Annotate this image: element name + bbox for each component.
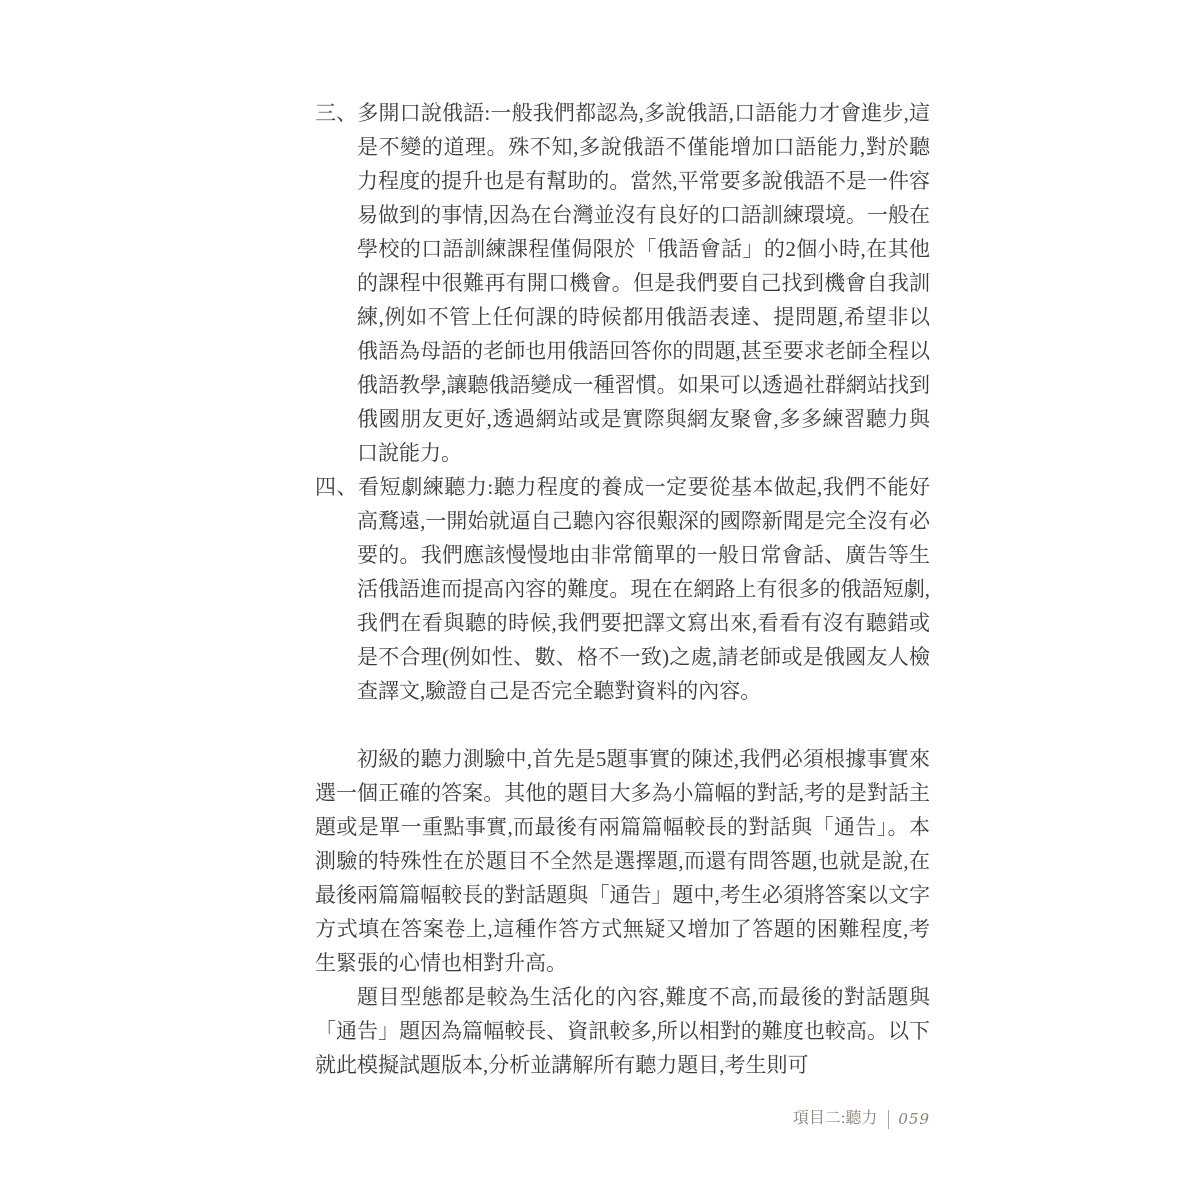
list-item-4-marker: 四、 <box>315 475 358 499</box>
footer-section-title: 項目二:聽力 <box>793 1106 877 1132</box>
list-item-4-text: 看短劇練聽力:聽力程度的養成一定要從基本做起,我們不能好高鶩遠,一開始就逼自己聽… <box>357 475 930 703</box>
footer-divider <box>888 1110 889 1129</box>
page-footer: 項目二:聽力 059 <box>793 1106 930 1132</box>
page-content: 三、多開口說俄語:一般我們都認為,多說俄語,口語能力才會進步,這是不變的道理。殊… <box>315 96 930 1082</box>
list-item-4: 四、看短劇練聽力:聽力程度的養成一定要從基本做起,我們不能好高鶩遠,一開始就逼自… <box>315 470 930 708</box>
list-item-3: 三、多開口說俄語:一般我們都認為,多說俄語,口語能力才會進步,這是不變的道理。殊… <box>315 96 930 470</box>
paragraph-exam-description: 初級的聽力測驗中,首先是5題事實的陳述,我們必須根據事實來選一個正確的答案。其他… <box>315 742 930 980</box>
numbered-tip-list: 三、多開口說俄語:一般我們都認為,多說俄語,口語能力才會進步,這是不變的道理。殊… <box>315 96 930 708</box>
list-item-3-marker: 三、 <box>315 101 357 125</box>
paragraph-question-types: 題目型態都是較為生活化的內容,難度不高,而最後的對話題與「通告」題因為篇幅較長、… <box>315 980 930 1082</box>
list-item-3-text: 多開口說俄語:一般我們都認為,多說俄語,口語能力才會進步,這是不變的道理。殊不知… <box>357 101 930 465</box>
footer-page-number: 059 <box>898 1106 930 1132</box>
body-paragraphs: 初級的聽力測驗中,首先是5題事實的陳述,我們必須根據事實來選一個正確的答案。其他… <box>315 742 930 1082</box>
book-page: 三、多開口說俄語:一般我們都認為,多說俄語,口語能力才會進步,這是不變的道理。殊… <box>0 0 1200 1200</box>
